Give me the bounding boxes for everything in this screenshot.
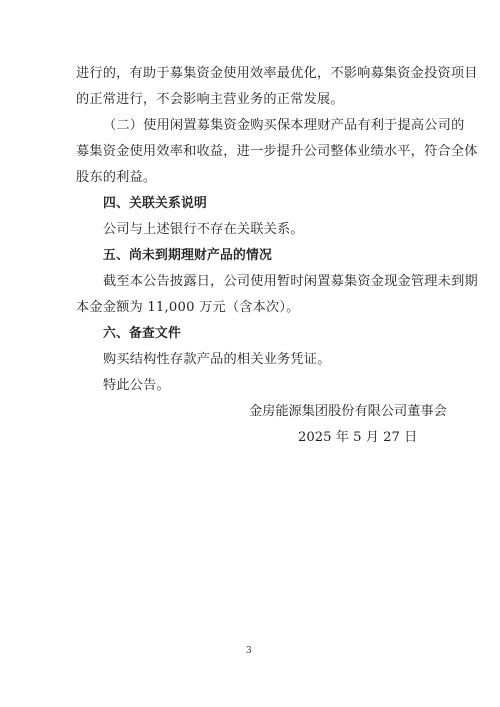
section-heading-related-party: 四、关联关系说明 [103, 196, 207, 212]
paragraph-line: 进行的，有助于募集资金使用效率最优化，不影响募集资金投资项目 [76, 66, 478, 82]
section-body: 截至本公告披露日，公司使用暂时闲置募集资金现金管理未到期 [103, 274, 478, 290]
section-body: 公司与上述银行不存在关联关系。 [103, 222, 304, 238]
signature-date: 2025 年 5 月 27 日 [298, 430, 417, 446]
closing-statement: 特此公告。 [103, 378, 170, 394]
section-heading-unexpired-products: 五、尚未到期理财产品的情况 [103, 248, 272, 264]
paragraph-line: （二）使用闲置募集资金购买保本理财产品有利于提高公司的 [103, 118, 464, 134]
signature-board: 金房能源集团股份有限公司董事会 [249, 404, 447, 420]
section-body: 本金金额为 11,000 万元（含本次）。 [76, 300, 300, 316]
page-number: 3 [246, 646, 252, 656]
paragraph-line: 股东的利益。 [76, 170, 156, 186]
section-heading-reference-documents: 六、备查文件 [103, 326, 181, 342]
paragraph-line: 募集资金使用效率和收益，进一步提升公司整体业绩水平，符合全体 [76, 144, 478, 160]
paragraph-line: 的正常进行，不会影响主营业务的正常发展。 [76, 92, 344, 108]
section-body: 购买结构性存款产品的相关业务凭证。 [103, 352, 331, 368]
